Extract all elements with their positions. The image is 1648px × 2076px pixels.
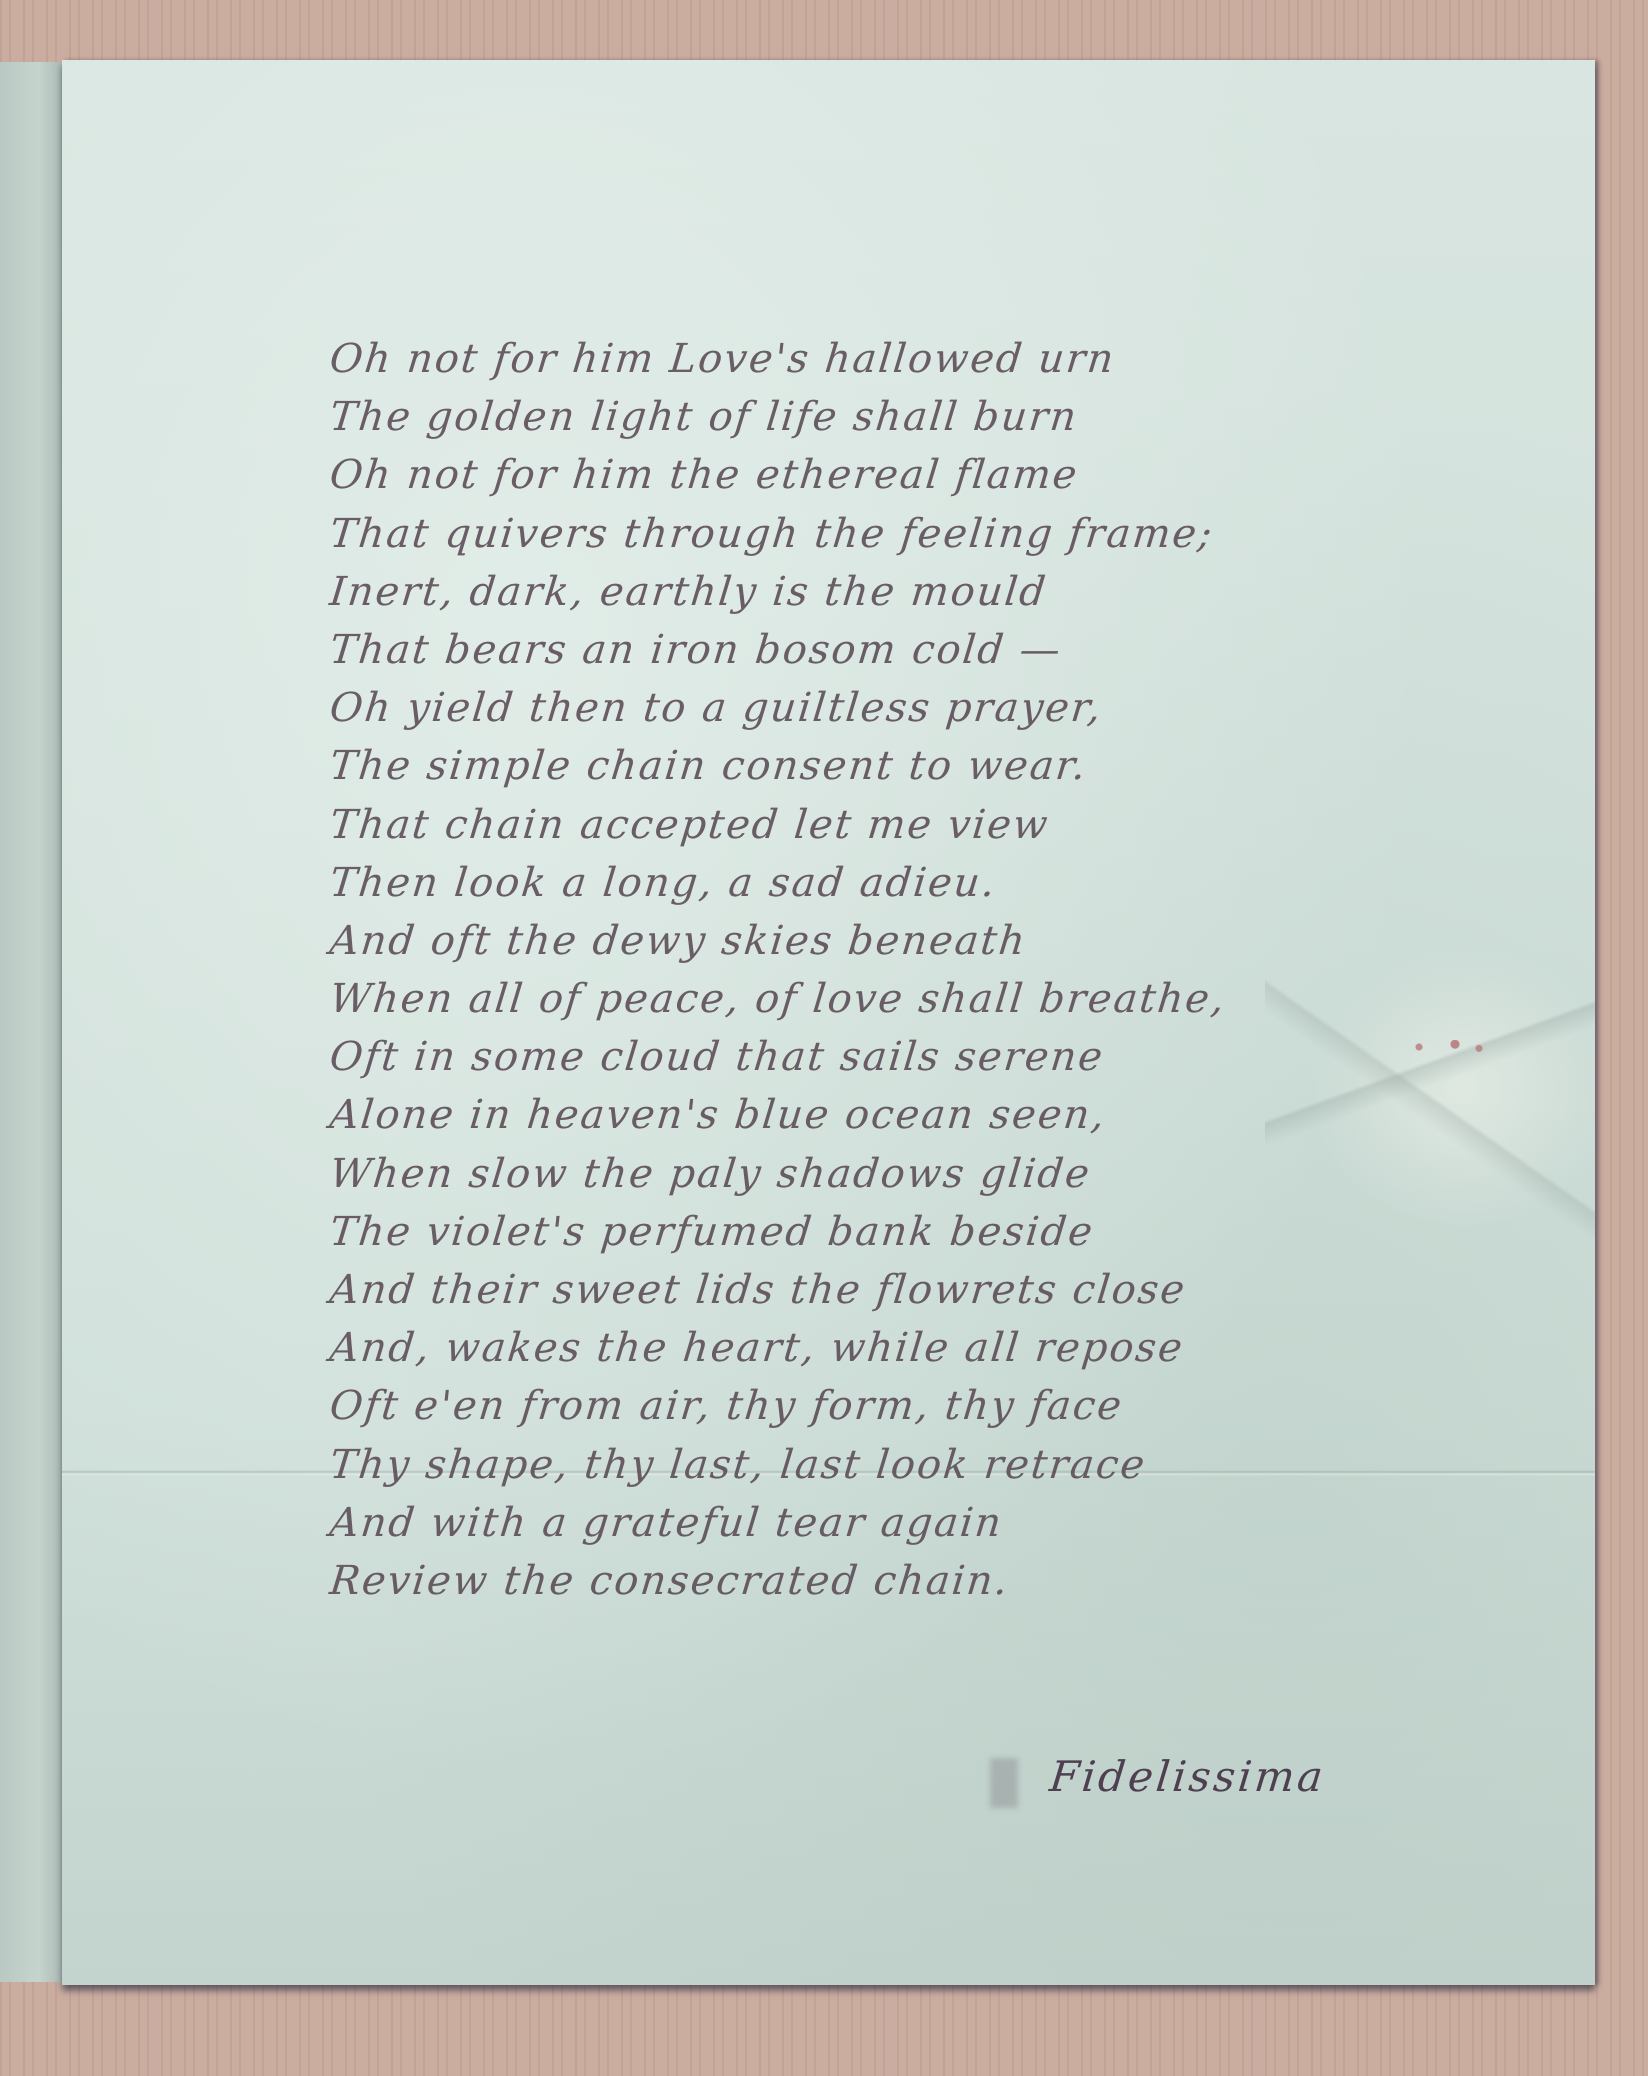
signature-smudge <box>990 1758 1018 1808</box>
poem-line: And their sweet lids the flowrets close <box>327 1261 1483 1319</box>
poem-line: Oh yield then to a guiltless prayer, <box>327 679 1483 737</box>
signature: Fidelissima <box>1047 1752 1328 1801</box>
poem-line: Review the consecrated chain. <box>327 1552 1483 1610</box>
poem-line: Oft e'en from air, thy form, thy face <box>327 1377 1483 1435</box>
poem-line: Inert, dark, earthly is the mould <box>327 563 1483 621</box>
poem-line: The simple chain consent to wear. <box>327 737 1483 795</box>
poem-line: Then look a long, a sad adieu. <box>327 854 1483 912</box>
poem-line: And oft the dewy skies beneath <box>327 912 1483 970</box>
poem-line: When slow the paly shadows glide <box>327 1145 1483 1203</box>
poem-line: Thy shape, thy last, last look retrace <box>327 1436 1483 1494</box>
poem-line: That quivers through the feeling frame; <box>327 505 1483 563</box>
poem-line: That chain accepted let me view <box>327 796 1483 854</box>
poem-line: And with a grateful tear again <box>327 1494 1483 1552</box>
poem-text: Oh not for him Love's hallowed urn The g… <box>330 330 1480 1610</box>
adjacent-page-edge <box>0 62 66 1982</box>
poem-line: And, wakes the heart, while all repose <box>327 1319 1483 1377</box>
poem-line: The golden light of life shall burn <box>327 388 1483 446</box>
poem-line: The violet's perfumed bank beside <box>327 1203 1483 1261</box>
poem-line: Oft in some cloud that sails serene <box>327 1028 1483 1086</box>
poem-line: When all of peace, of love shall breathe… <box>327 970 1483 1028</box>
poem-line: Alone in heaven's blue ocean seen, <box>327 1086 1483 1144</box>
poem-line: Oh not for him Love's hallowed urn <box>327 330 1483 388</box>
poem-line: That bears an iron bosom cold — <box>327 621 1483 679</box>
poem-line: Oh not for him the ethereal flame <box>327 446 1483 504</box>
